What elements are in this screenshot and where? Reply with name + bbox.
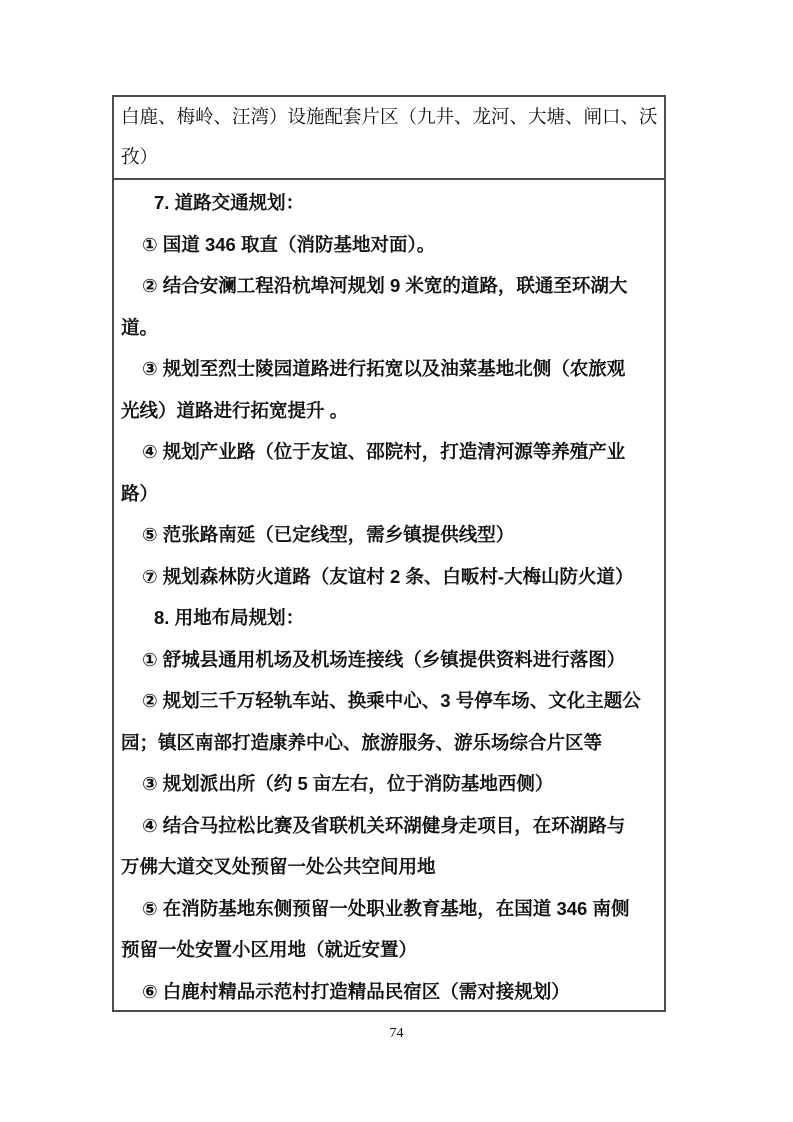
text-line: 白鹿、梅岭、汪湾）设施配套片区（九井、龙河、大塘、闸口、沃 (121, 98, 656, 138)
section-heading-land-use: 8. 用地布局规划： (121, 597, 656, 639)
section-heading-road-traffic: 7. 道路交通规划： (121, 182, 656, 224)
text-line: 园；镇区南部打造康养中心、旅游服务、游乐场综合片区等 (121, 722, 656, 764)
table-cell-village-list: 白鹿、梅岭、汪湾）设施配套片区（九井、龙河、大塘、闸口、沃 孜） (114, 97, 664, 180)
text-line: ④ 规划产业路（位于友谊、邵院村，打造清河源等养殖产业 (121, 431, 656, 473)
text-line: ⑥ 白鹿村精品示范村打造精品民宿区（需对接规划） (121, 971, 656, 1011)
text-line: ① 舒城县通用机场及机场连接线（乡镇提供资料进行落图） (121, 639, 656, 681)
text-line: ② 结合安澜工程沿杭埠河规划 9 米宽的道路，联通至环湖大 (121, 265, 656, 307)
text-line: ① 国道 346 取直（消防基地对面）。 (121, 224, 656, 266)
document-page: 白鹿、梅岭、汪湾）设施配套片区（九井、龙河、大塘、闸口、沃 孜） 7. 道路交通… (0, 0, 793, 1122)
text-line: ③ 规划至烈士陵园道路进行拓宽以及油菜基地北侧（农旅观 (121, 348, 656, 390)
table-cell-planning-items: 7. 道路交通规划： ① 国道 346 取直（消防基地对面）。 ② 结合安澜工程… (114, 180, 664, 1010)
planning-table: 白鹿、梅岭、汪湾）设施配套片区（九井、龙河、大塘、闸口、沃 孜） 7. 道路交通… (112, 95, 666, 1012)
text-line: 预留一处安置小区用地（就近安置） (121, 929, 656, 971)
text-line: ② 规划三千万轻轨车站、换乘中心、3 号停车场、文化主题公 (121, 680, 656, 722)
text-line: 光线）道路进行拓宽提升 。 (121, 390, 656, 432)
text-line: 道。 (121, 307, 656, 349)
page-number: 74 (0, 1026, 793, 1042)
text-line: 路） (121, 473, 656, 515)
text-line: ④ 结合马拉松比赛及省联机关环湖健身走项目，在环湖路与 (121, 805, 656, 847)
text-line: ⑦ 规划森林防火道路（友谊村 2 条、白畈村-大梅山防火道） (121, 556, 656, 598)
text-line: ⑤ 在消防基地东侧预留一处职业教育基地，在国道 346 南侧 (121, 888, 656, 930)
text-line: 万佛大道交叉处预留一处公共空间用地 (121, 846, 656, 888)
text-line: ③ 规划派出所（约 5 亩左右，位于消防基地西侧） (121, 763, 656, 805)
text-line: 孜） (121, 138, 656, 178)
text-line: ⑤ 范张路南延（已定线型，需乡镇提供线型） (121, 514, 656, 556)
